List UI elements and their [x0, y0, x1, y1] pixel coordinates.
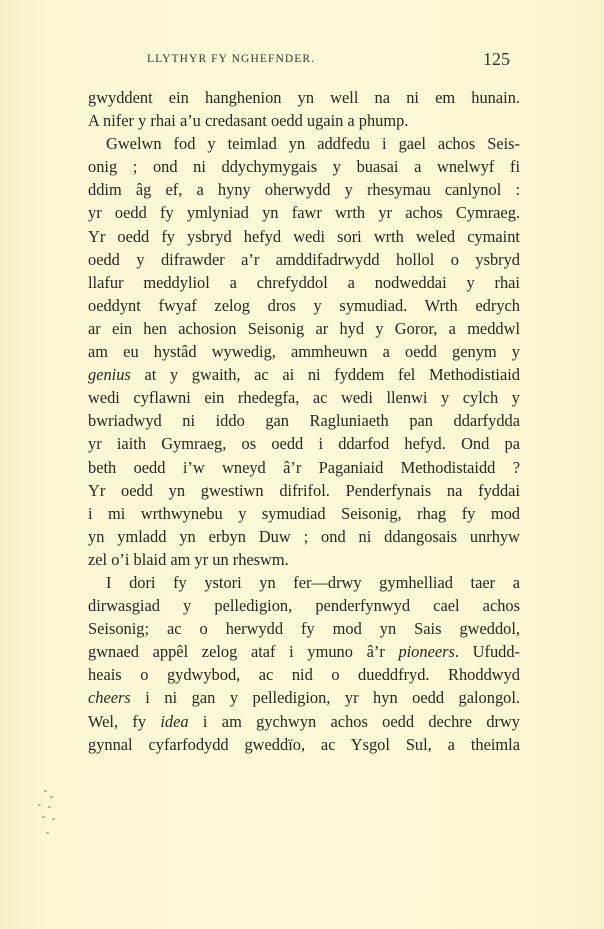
text-line: bwriadwyd ni iddo gan Ragluniaeth pan dd… [88, 409, 520, 432]
text-line: Yr oedd yn gwestiwn difrifol. Penderfyna… [88, 479, 520, 502]
text-run: ar ein hen achosion Seisonig ar hyd y Go… [88, 319, 520, 338]
text-line: genius at y gwaith, ac ai ni fyddem fel … [88, 363, 520, 386]
text-line: Gwelwn fod y teimlad yn addfedu i gael a… [88, 132, 520, 155]
text-line: gynnal cyfarfodydd gweddïo, ac Ysgol Sul… [88, 733, 520, 756]
text-line: gwnaed appêl zelog ataf i ymuno â’r pion… [88, 640, 520, 663]
text-run: yr oedd fy ymlyniad yn fawr wrth yr acho… [88, 203, 520, 222]
page-number: 125 [483, 49, 510, 70]
text-run: heais o gydwybod, ac nid o dueddfryd. Rh… [88, 665, 520, 684]
text-run: llafur meddyliol a chrefyddol a nodwedda… [88, 273, 520, 292]
text-line: oedd y difrawder a’r amddifadrwydd hollo… [88, 248, 520, 271]
text-run: at y gwaith, ac ai ni fyddem fel Methodi… [131, 365, 520, 384]
running-head: LLYTHYR FY NGHEFNDER. 125 [90, 53, 520, 73]
text-run: dirwasgiad y pelledigion, penderfynwyd c… [88, 596, 520, 615]
text-run: A nifer y rhai a’u credasant oedd ugain … [88, 111, 408, 130]
text-line: beth oedd i’w wneyd â’r Paganiaid Method… [88, 456, 520, 479]
margin-smudge-mark [34, 790, 62, 840]
text-run: am eu hystâd wywedig, ammheuwn a oedd ge… [88, 342, 520, 361]
text-run: wedi cyflawni ein rhedegfa, ac wedi llen… [88, 388, 520, 407]
text-run: Wel, fy [88, 712, 160, 731]
text-line: ddim âg ef, a hyny oherwydd y rhesymau c… [88, 178, 520, 201]
text-line: yn ymladd yn erbyn Duw ; ond ni ddangosa… [88, 525, 520, 548]
text-line: cheers i ni gan y pelledigion, yr hyn oe… [88, 686, 520, 709]
italic-word: cheers [88, 688, 131, 707]
text-line: I dori fy ystori yn fer—drwy gymhelliad … [88, 571, 520, 594]
italic-word: idea [160, 712, 188, 731]
text-line: zel o’i blaid am yr un rheswm. [88, 548, 520, 571]
text-run: bwriadwyd ni iddo gan Ragluniaeth pan dd… [88, 411, 520, 430]
text-line: heais o gydwybod, ac nid o dueddfryd. Rh… [88, 663, 520, 686]
text-run: Seisonig; ac o herwydd fy mod yn Sais gw… [88, 619, 520, 638]
text-run: yn ymladd yn erbyn Duw ; ond ni ddangosa… [88, 527, 520, 546]
text-line: onig ; ond ni ddychymygais y buasai a wn… [88, 155, 520, 178]
running-title: LLYTHYR FY NGHEFNDER. [147, 53, 315, 65]
text-line: yr iaith Gymraeg, os oedd i ddarfod hefy… [88, 432, 520, 455]
text-run: i ni gan y pelledigion, yr hyn oedd galo… [131, 688, 520, 707]
text-run: I dori fy ystori yn fer—drwy gymhelliad … [106, 573, 520, 592]
text-run: gwnaed appêl zelog ataf i ymuno â’r [88, 642, 398, 661]
text-run: Yr oedd yn gwestiwn difrifol. Penderfyna… [88, 481, 520, 500]
text-run: zel o’i blaid am yr un rheswm. [88, 550, 289, 569]
text-run: gynnal cyfarfodydd gweddïo, ac Ysgol Sul… [88, 735, 520, 754]
text-run: onig ; ond ni ddychymygais y buasai a wn… [88, 157, 520, 176]
text-run: Yr oedd fy ysbryd hefyd wedi sori wrth w… [88, 227, 520, 246]
italic-word: pioneers [398, 642, 454, 661]
text-line: gwyddent ein hanghenion yn well na ni em… [88, 86, 520, 109]
text-run: yr iaith Gymraeg, os oedd i ddarfod hefy… [88, 434, 520, 453]
text-run: ddim âg ef, a hyny oherwydd y rhesymau c… [88, 180, 520, 199]
text-line: A nifer y rhai a’u credasant oedd ugain … [88, 109, 520, 132]
italic-word: genius [88, 365, 131, 384]
text-line: Wel, fy idea i am gychwyn achos oedd dec… [88, 710, 520, 733]
text-line: yr oedd fy ymlyniad yn fawr wrth yr acho… [88, 201, 520, 224]
text-line: wedi cyflawni ein rhedegfa, ac wedi llen… [88, 386, 520, 409]
text-run: i mi wrthwynebu y symudiad Seisonig, rha… [88, 504, 520, 523]
text-line: dirwasgiad y pelledigion, penderfynwyd c… [88, 594, 520, 617]
text-line: Seisonig; ac o herwydd fy mod yn Sais gw… [88, 617, 520, 640]
text-line: llafur meddyliol a chrefyddol a nodwedda… [88, 271, 520, 294]
text-run: beth oedd i’w wneyd â’r Paganiaid Method… [88, 458, 520, 477]
text-run: oeddynt fwyaf zelog dros y symudiad. Wrt… [88, 296, 520, 315]
text-line: ar ein hen achosion Seisonig ar hyd y Go… [88, 317, 520, 340]
text-run: gwyddent ein hanghenion yn well na ni em… [88, 88, 520, 107]
text-run: i am gychwyn achos oedd dechre drwy [189, 712, 520, 731]
text-line: Yr oedd fy ysbryd hefyd wedi sori wrth w… [88, 225, 520, 248]
book-page: LLYTHYR FY NGHEFNDER. 125 gwyddent ein h… [0, 0, 604, 929]
text-run: oedd y difrawder a’r amddifadrwydd hollo… [88, 250, 520, 269]
text-run: . Ufudd- [455, 642, 520, 661]
text-line: am eu hystâd wywedig, ammheuwn a oedd ge… [88, 340, 520, 363]
text-line: oeddynt fwyaf zelog dros y symudiad. Wrt… [88, 294, 520, 317]
body-text: gwyddent ein hanghenion yn well na ni em… [88, 86, 520, 756]
text-line: i mi wrthwynebu y symudiad Seisonig, rha… [88, 502, 520, 525]
text-run: Gwelwn fod y teimlad yn addfedu i gael a… [106, 134, 520, 153]
